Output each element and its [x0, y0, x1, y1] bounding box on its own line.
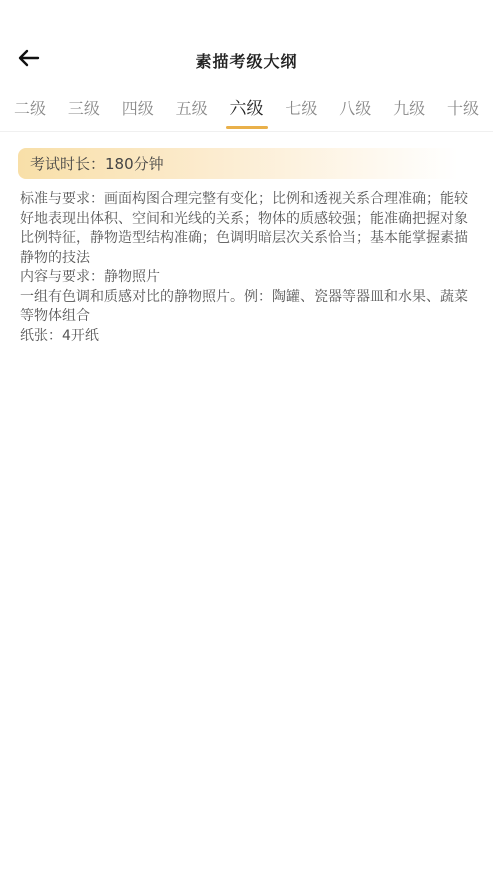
standards-text: 标准与要求：画面构图合理完整有变化；比例和透视关系合理准确；能较好地表现出体积、…	[20, 190, 480, 268]
exam-duration-banner: 考试时长：180分钟	[18, 148, 458, 179]
tab-level-4[interactable]: 四级	[122, 88, 154, 131]
tab-level-3[interactable]: 三级	[68, 88, 100, 131]
paper-size-text: 纸张：4开纸	[20, 327, 480, 347]
tab-level-7[interactable]: 七级	[285, 88, 317, 131]
exam-duration-text: 考试时长：180分钟	[30, 153, 164, 174]
content-requirement-text: 内容与要求：静物照片	[20, 268, 480, 288]
tab-level-8[interactable]: 八级	[339, 88, 371, 131]
tab-level-6[interactable]: 六级	[230, 88, 264, 131]
top-bar: 素描考级大纲	[0, 0, 493, 88]
content-description-text: 一组有色调和质感对比的静物照片。例：陶罐、瓷器等器皿和水果、蔬菜等物体组合	[20, 288, 480, 327]
level-tabs: 二级 三级 四级 五级 六级 七级 八级 九级 十级	[0, 88, 493, 132]
syllabus-content: 标准与要求：画面构图合理完整有变化；比例和透视关系合理准确；能较好地表现出体积、…	[20, 190, 480, 346]
tab-level-10[interactable]: 十级	[447, 88, 479, 131]
tab-level-5[interactable]: 五级	[176, 88, 208, 131]
tab-level-9[interactable]: 九级	[393, 88, 425, 131]
page-title: 素描考级大纲	[0, 49, 493, 72]
tab-level-2[interactable]: 二级	[14, 88, 46, 131]
